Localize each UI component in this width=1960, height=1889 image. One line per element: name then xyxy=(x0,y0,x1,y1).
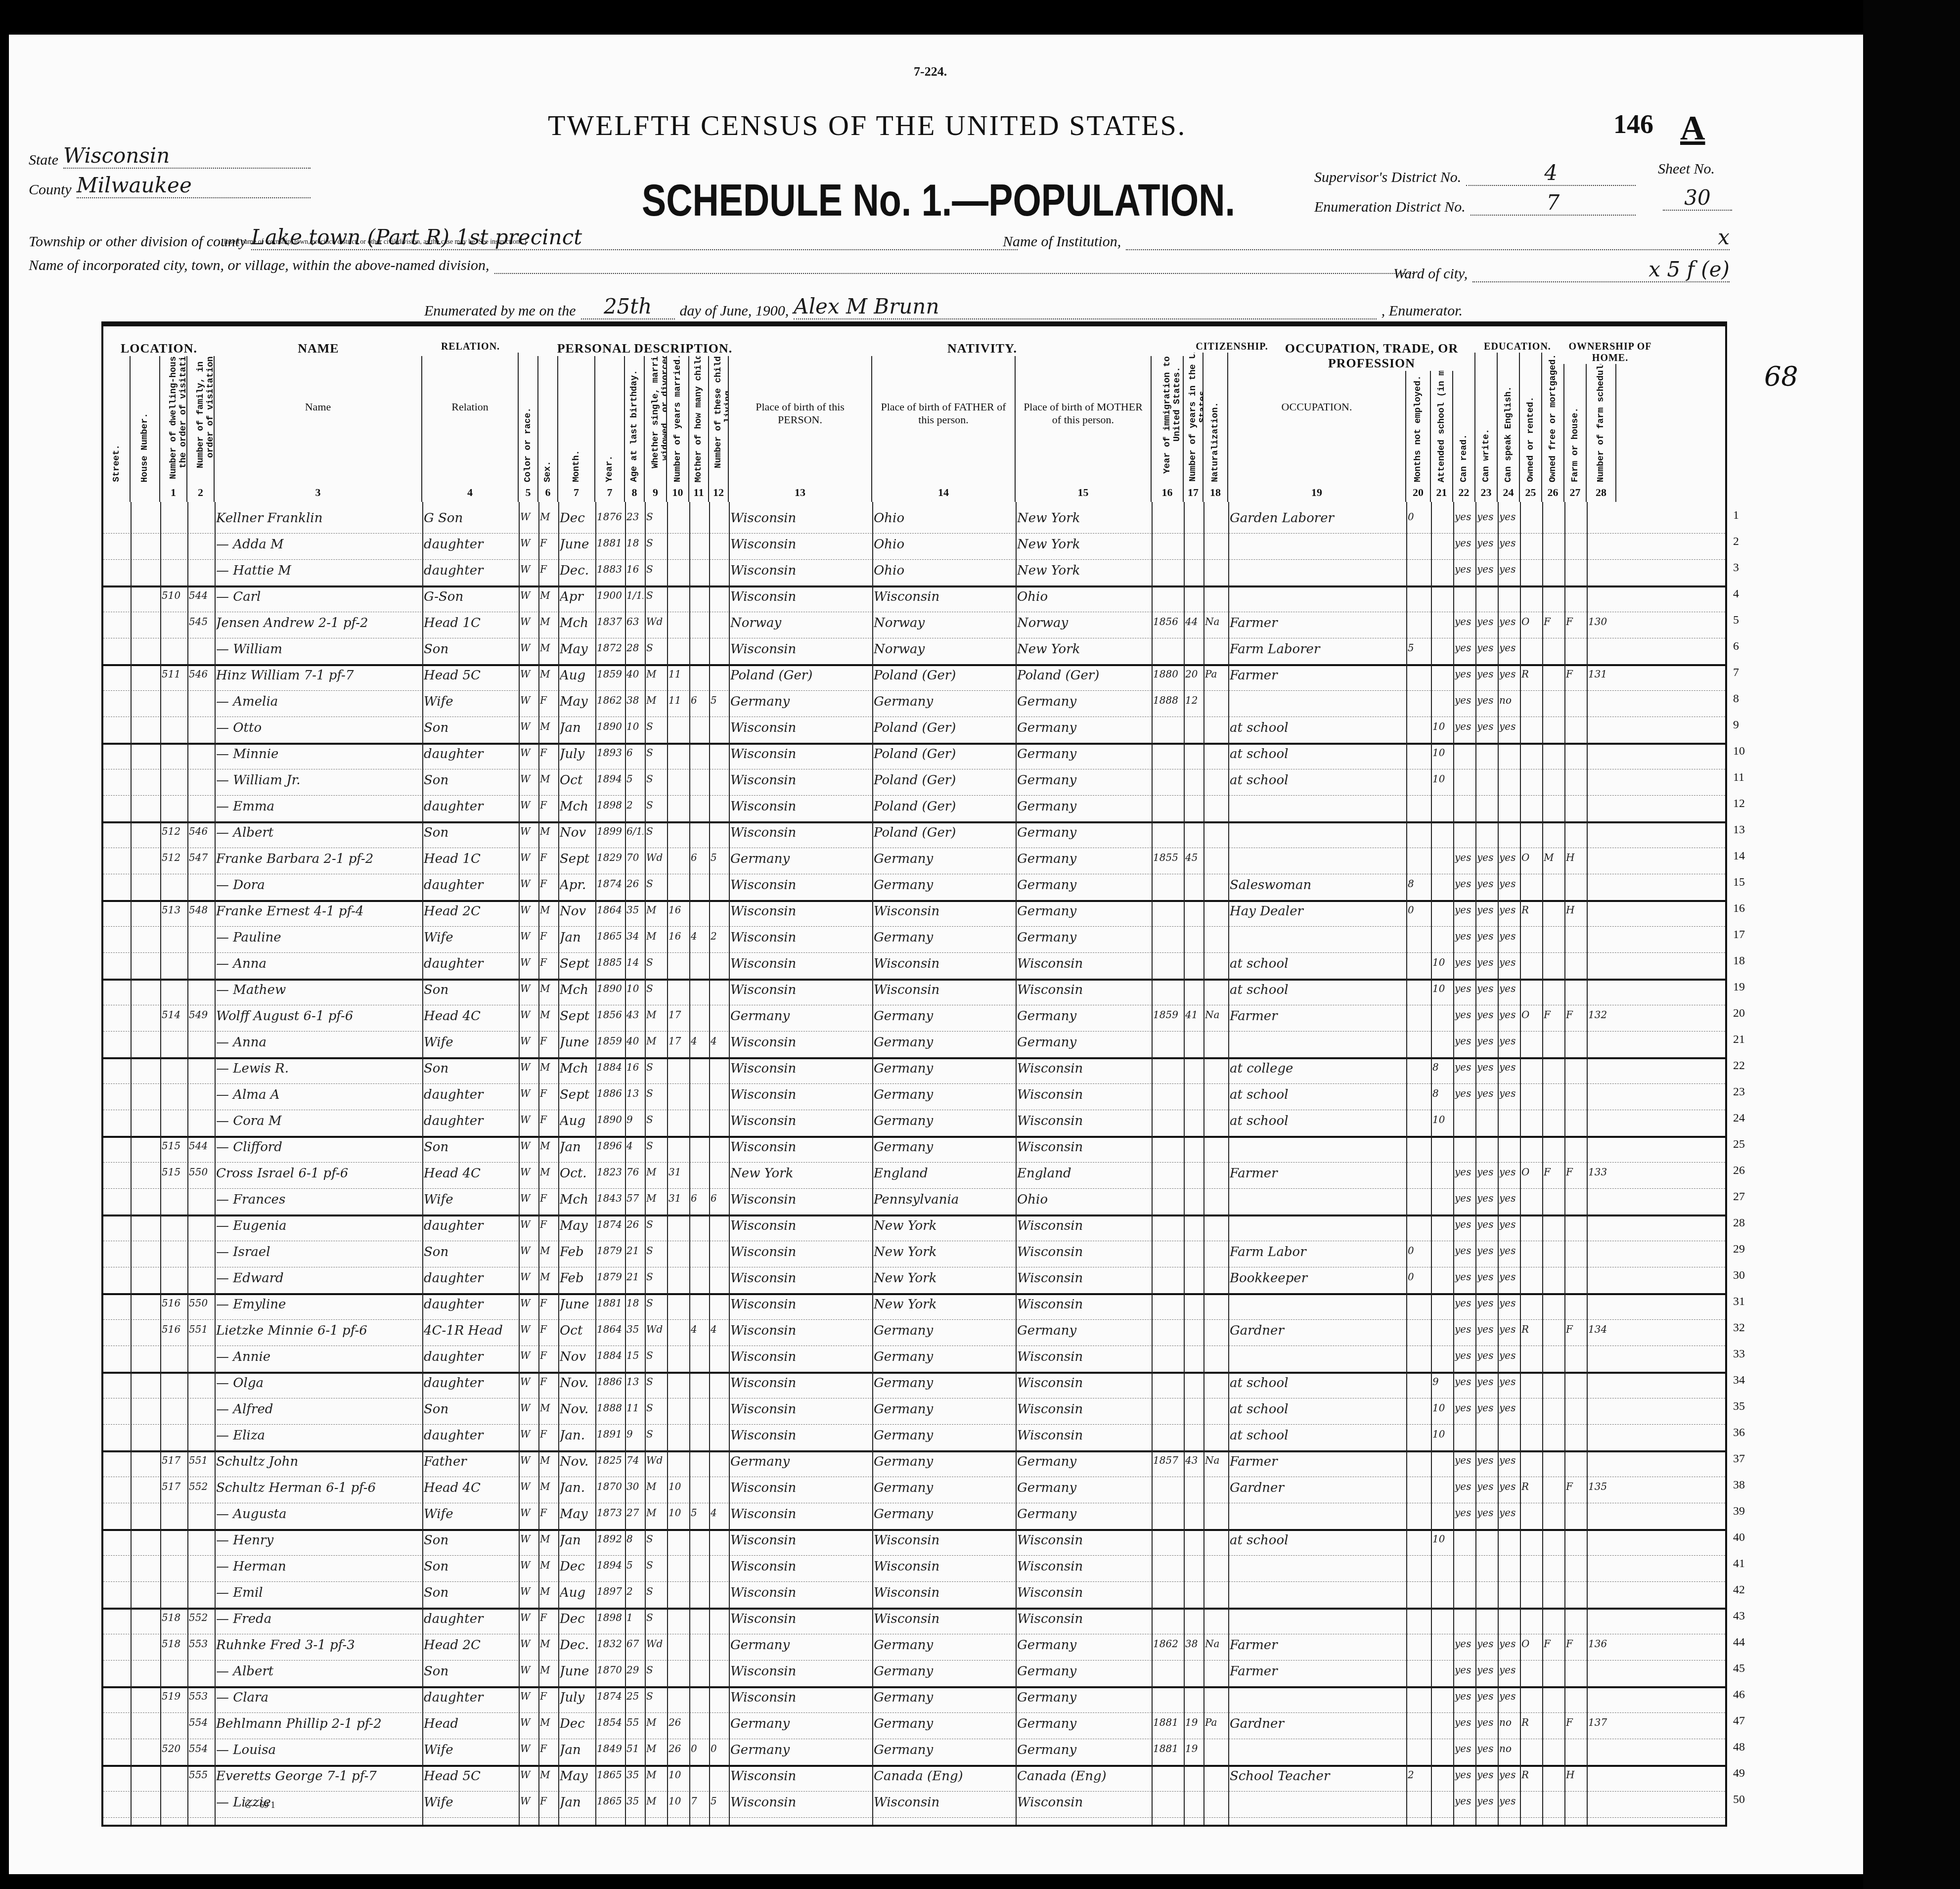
cell-year: 1879 xyxy=(597,1271,624,1283)
cell-sex: M xyxy=(540,616,557,628)
cell-month: Oct. xyxy=(560,1166,594,1181)
cell-read: yes xyxy=(1455,1297,1474,1309)
column-divider xyxy=(667,502,668,1825)
cell-write: yes xyxy=(1477,1349,1496,1361)
cell-relation: daughter xyxy=(424,1428,517,1443)
cell-race: W xyxy=(520,1009,537,1021)
line-number: 4 xyxy=(1733,587,1739,601)
cell-yrs-us: 44 xyxy=(1185,616,1202,628)
cell-name: — Pauline xyxy=(216,930,421,945)
cell-mother-bp: Wisconsin xyxy=(1017,1087,1150,1102)
cell-immig: 1881 xyxy=(1153,1743,1182,1754)
cell-marital: M xyxy=(646,694,666,706)
cell-yrs-married: 11 xyxy=(668,694,688,706)
cell-english: no xyxy=(1499,1743,1518,1754)
cell-read: yes xyxy=(1455,1743,1474,1754)
cell-mother-bp: Germany xyxy=(1017,852,1150,866)
cell-birthplace: Wisconsin xyxy=(730,825,871,840)
cell-mother-bp: Germany xyxy=(1017,1690,1150,1705)
cell-marital: S xyxy=(646,1690,666,1702)
cell-birthplace: Wisconsin xyxy=(730,1690,871,1705)
cell-write: yes xyxy=(1477,1192,1496,1204)
cell-year: 1859 xyxy=(597,668,624,680)
cell-relation: Son xyxy=(424,773,517,788)
cell-marital: S xyxy=(646,1664,666,1676)
cell-write: yes xyxy=(1477,1009,1496,1021)
cell-relation: Head 1C xyxy=(424,852,517,866)
cell-birthplace: Wisconsin xyxy=(730,720,871,735)
cell-english: yes xyxy=(1499,668,1518,680)
cell-write: yes xyxy=(1477,1454,1496,1466)
cell-occupation: Farm Laborer xyxy=(1230,642,1405,657)
cell-father-bp: Germany xyxy=(874,1140,1014,1155)
cell-month: Mch xyxy=(560,799,594,814)
cell-age: 15 xyxy=(626,1349,643,1361)
cell-name: — Emil xyxy=(216,1585,421,1600)
cell-month: Sept xyxy=(560,852,594,866)
cell-name: — Amelia xyxy=(216,694,421,709)
cell-yrs-us: 41 xyxy=(1185,1009,1202,1021)
cell-birthplace: Wisconsin xyxy=(730,930,871,945)
cell-occupation: at college xyxy=(1230,1061,1405,1076)
cell-birthplace: Wisconsin xyxy=(730,537,871,552)
column-number: 28 xyxy=(1587,486,1615,499)
column-group-occupation: OCCUPATION, TRADE, OR PROFESSION xyxy=(1270,326,1473,371)
cell-own: O xyxy=(1521,1166,1541,1178)
cell-occupation: School Teacher xyxy=(1230,1769,1405,1784)
cell-relation: daughter xyxy=(424,1218,517,1233)
column-number: 11 xyxy=(689,486,708,499)
cell-month: Nov. xyxy=(560,1454,594,1469)
cell-year: 1832 xyxy=(597,1638,624,1650)
cell-marital: S xyxy=(646,511,666,523)
column-divider xyxy=(160,502,161,1825)
line-number: 36 xyxy=(1733,1426,1745,1439)
cell-father-bp: Poland (Ger) xyxy=(874,720,1014,735)
cell-read: yes xyxy=(1455,616,1474,628)
enumeration-district-field: Enumeration District No. 7 xyxy=(1314,190,1636,216)
cell-age: 27 xyxy=(626,1507,643,1519)
cell-relation: daughter xyxy=(424,1349,517,1364)
cell-race: W xyxy=(520,1376,537,1388)
cell-relation: Head 4C xyxy=(424,1481,517,1495)
cell-english: yes xyxy=(1499,983,1518,994)
cell-write: yes xyxy=(1477,1087,1496,1099)
line-number: 12 xyxy=(1733,797,1745,810)
cell-name: — Freda xyxy=(216,1612,421,1626)
cell-race: W xyxy=(520,1349,537,1361)
column-header-label: Naturalization. xyxy=(1210,402,1220,482)
table-row: — FrancesWifeWFMch184357M3166WisconsinPe… xyxy=(103,1188,1725,1216)
cell-father-bp: Germany xyxy=(874,1114,1014,1128)
ward-field: Ward of city, x 5 f (e) xyxy=(1393,257,1730,282)
cell-race: W xyxy=(520,1795,537,1807)
cell-yrs-married: 26 xyxy=(668,1716,688,1728)
cell-marital: S xyxy=(646,1140,666,1152)
cell-write: yes xyxy=(1477,511,1496,523)
cell-dwelling: 517 xyxy=(162,1454,186,1466)
township-field: Township or other division of county Lak… xyxy=(29,225,1018,250)
table-row: — AnnaWifeWFJune185940M1744WisconsinGerm… xyxy=(103,1031,1725,1059)
cell-name: Franke Barbara 2-1 pf-2 xyxy=(216,852,421,866)
cell-immig: 1881 xyxy=(1153,1716,1182,1728)
cell-school: 9 xyxy=(1432,1376,1452,1388)
cell-name: — Adda M xyxy=(216,537,421,552)
cell-race: W xyxy=(520,1245,537,1257)
cell-marital: S xyxy=(646,747,666,759)
cell-father-bp: Wisconsin xyxy=(874,1533,1014,1548)
cell-mother-bp: Wisconsin xyxy=(1017,1140,1150,1155)
cell-relation: Son xyxy=(424,1559,517,1574)
cell-read: yes xyxy=(1455,1402,1474,1414)
column-header-label: Sex. xyxy=(543,461,553,482)
cell-race: W xyxy=(520,1769,537,1781)
cell-sex: M xyxy=(540,1061,557,1073)
cell-name: — Minnie xyxy=(216,747,421,762)
cell-birthplace: Wisconsin xyxy=(730,1428,871,1443)
cell-farm-no: 136 xyxy=(1588,1638,1615,1650)
cell-birthplace: Wisconsin xyxy=(730,1533,871,1548)
cell-living: 4 xyxy=(711,1507,727,1519)
cell-birthplace: Wisconsin xyxy=(730,1507,871,1522)
column-number: 17 xyxy=(1184,486,1203,499)
cell-marital: S xyxy=(646,1218,666,1230)
cell-relation: daughter xyxy=(424,799,517,814)
cell-mother-bp: Germany xyxy=(1017,878,1150,893)
cell-father-bp: Germany xyxy=(874,930,1014,945)
cell-english: yes xyxy=(1499,956,1518,968)
cell-birthplace: Wisconsin xyxy=(730,1271,871,1286)
cell-mother-bp: Wisconsin xyxy=(1017,1585,1150,1600)
census-title: TWELFTH CENSUS OF THE UNITED STATES. xyxy=(548,109,1186,142)
cell-free: M xyxy=(1544,852,1563,863)
cell-marital: M xyxy=(646,904,666,916)
cell-natz: Na xyxy=(1205,1638,1227,1650)
table-row: — HermanSonWMDec18945SWisconsinWisconsin… xyxy=(103,1555,1725,1582)
cell-marital: M xyxy=(646,1166,666,1178)
cell-english: yes xyxy=(1499,1218,1518,1230)
cell-living: 4 xyxy=(711,1323,727,1335)
cell-occupation: Farmer xyxy=(1230,1664,1405,1679)
cell-year: 1876 xyxy=(597,511,624,523)
cell-dwelling: 515 xyxy=(162,1166,186,1178)
sheet-label: Sheet No. xyxy=(1658,161,1715,178)
cell-marital: M xyxy=(646,1481,666,1492)
cell-name: Hinz William 7-1 pf-7 xyxy=(216,668,421,683)
township-label: Township or other division of county xyxy=(29,233,246,250)
cell-school: 10 xyxy=(1432,1114,1452,1125)
column-divider xyxy=(1016,502,1017,1825)
cell-age: 18 xyxy=(626,1297,643,1309)
table-row: — ElizadaughterWFJan.18919SWisconsinGerm… xyxy=(103,1424,1725,1452)
cell-english: yes xyxy=(1499,930,1518,942)
cell-month: Aug xyxy=(560,1585,594,1600)
cell-read: yes xyxy=(1455,1376,1474,1388)
cell-write: yes xyxy=(1477,1402,1496,1414)
column-group-education: EDUCATION. xyxy=(1473,326,1562,353)
cell-age: 35 xyxy=(626,1795,643,1807)
cell-birthplace: Wisconsin xyxy=(730,1559,871,1574)
cell-write: yes xyxy=(1477,983,1496,994)
cell-mother-bp: Wisconsin xyxy=(1017,983,1150,997)
cell-marital: S xyxy=(646,642,666,654)
cell-dwelling: 518 xyxy=(162,1612,186,1623)
cell-age: 13 xyxy=(626,1087,643,1099)
cell-occupation: Farmer xyxy=(1230,1009,1405,1024)
cell-month: Dec xyxy=(560,511,594,526)
cell-occupation: at school xyxy=(1230,1402,1405,1417)
table-row: 514549Wolff August 6-1 pf-6Head 4CWMSept… xyxy=(103,1005,1725,1032)
cell-year: 1896 xyxy=(597,1140,624,1152)
cell-month: Dec. xyxy=(560,1638,594,1653)
cell-race: W xyxy=(520,1402,537,1414)
population-table: Street.House Number.Number of dwelling-h… xyxy=(101,321,1727,1827)
column-divider xyxy=(1431,502,1432,1825)
cell-write: yes xyxy=(1477,1061,1496,1073)
cell-marital: S xyxy=(646,537,666,549)
cell-read: yes xyxy=(1455,1664,1474,1676)
cell-farm: F xyxy=(1566,1716,1585,1728)
cell-mother-bp: Germany xyxy=(1017,747,1150,762)
column-number: 23 xyxy=(1475,486,1497,499)
cell-read: yes xyxy=(1455,642,1474,654)
cell-year: 1837 xyxy=(597,616,624,628)
cell-month: Jan xyxy=(560,1140,594,1155)
cell-relation: Head xyxy=(424,1716,517,1731)
cell-mother-bp: Canada (Eng) xyxy=(1017,1769,1150,1784)
table-row: — WilliamSonWMMay187228SWisconsinNorwayN… xyxy=(103,638,1725,666)
cell-own: R xyxy=(1521,1716,1541,1728)
cell-month: Sept xyxy=(560,956,594,971)
cell-relation: Wife xyxy=(424,930,517,945)
cell-mother-bp: New York xyxy=(1017,537,1150,552)
column-group-name: NAME xyxy=(215,326,422,356)
cell-month: Oct xyxy=(560,1323,594,1338)
column-number: 25 xyxy=(1520,486,1541,499)
county-value: Milwaukee xyxy=(77,173,311,198)
cell-school: 8 xyxy=(1432,1061,1452,1073)
table-row: 517552Schultz Herman 6-1 pf-6Head 4CWMJa… xyxy=(103,1477,1725,1503)
cell-month: Jan. xyxy=(560,1481,594,1495)
cell-race: W xyxy=(520,694,537,706)
cell-birthplace: Germany xyxy=(730,1716,871,1731)
table-row: 518552— FredadaughterWFDec18981SWisconsi… xyxy=(103,1608,1725,1634)
cell-year: 1864 xyxy=(597,904,624,916)
footer-code: C—69 1 xyxy=(245,1800,275,1810)
cell-mother-bp: Wisconsin xyxy=(1017,1402,1150,1417)
table-row: — EdwarddaughterWMFeb187921SWisconsinNew… xyxy=(103,1267,1725,1295)
column-divider xyxy=(1203,502,1204,1825)
cell-birthplace: Wisconsin xyxy=(730,1769,871,1784)
cell-english: yes xyxy=(1499,1061,1518,1073)
table-row: — Adda MdaughterWFJune188118SWisconsinOh… xyxy=(103,533,1725,560)
cell-english: yes xyxy=(1499,852,1518,863)
cell-yrs-married: 26 xyxy=(668,1743,688,1754)
cell-mother-bp: Norway xyxy=(1017,616,1150,630)
cell-read: yes xyxy=(1455,1638,1474,1650)
cell-immig: 1880 xyxy=(1153,668,1182,680)
cell-year: 1870 xyxy=(597,1481,624,1492)
cell-father-bp: Germany xyxy=(874,1428,1014,1443)
cell-mother-of: 0 xyxy=(691,1743,708,1754)
cell-yrs-married: 17 xyxy=(668,1009,688,1021)
line-number: 47 xyxy=(1733,1714,1745,1728)
cell-father-bp: Germany xyxy=(874,1507,1014,1522)
cell-month: Dec. xyxy=(560,563,594,578)
cell-mother-bp: Wisconsin xyxy=(1017,1376,1150,1391)
line-number: 27 xyxy=(1733,1190,1745,1204)
cell-name: — Otto xyxy=(216,720,421,735)
cell-farm: H xyxy=(1566,852,1585,863)
cell-birthplace: Wisconsin xyxy=(730,1323,871,1338)
cell-name: — Edward xyxy=(216,1271,421,1286)
cell-age: 4 xyxy=(626,1140,643,1152)
cell-yrs-married: 17 xyxy=(668,1035,688,1047)
cell-write: yes xyxy=(1477,1035,1496,1047)
cell-occupation: Gardner xyxy=(1230,1323,1405,1338)
cell-relation: G Son xyxy=(424,511,517,526)
line-number: 19 xyxy=(1733,981,1745,994)
cell-month: Jan xyxy=(560,1795,594,1810)
cell-write: yes xyxy=(1477,1664,1496,1676)
cell-name: — William Jr. xyxy=(216,773,421,788)
cell-year: 1890 xyxy=(597,720,624,732)
cell-mother-bp: Germany xyxy=(1017,1035,1150,1050)
cell-birthplace: Wisconsin xyxy=(730,642,871,657)
cell-write: yes xyxy=(1477,1245,1496,1257)
column-divider xyxy=(689,502,690,1825)
cell-school: 10 xyxy=(1432,773,1452,785)
cell-sex: M xyxy=(540,1585,557,1597)
column-number: 19 xyxy=(1228,486,1405,499)
table-row: — IsraelSonWMFeb187921SWisconsinNew York… xyxy=(103,1241,1725,1267)
cell-sex: F xyxy=(540,1612,557,1623)
cell-age: 35 xyxy=(626,904,643,916)
cell-free: F xyxy=(1544,1166,1563,1178)
cell-yrs-us: 20 xyxy=(1185,668,1202,680)
cell-name: Everetts George 7-1 pf-7 xyxy=(216,1769,421,1784)
cell-read: yes xyxy=(1455,668,1474,680)
cell-relation: daughter xyxy=(424,1271,517,1286)
cell-month: Mch xyxy=(560,1192,594,1207)
cell-english: yes xyxy=(1499,1376,1518,1388)
cell-birthplace: Wisconsin xyxy=(730,1795,871,1810)
supervisor-district: 4 xyxy=(1466,161,1636,186)
line-number: 50 xyxy=(1733,1793,1745,1806)
cell-natz: Pa xyxy=(1205,1716,1227,1728)
cell-month: Feb xyxy=(560,1245,594,1259)
cell-relation: daughter xyxy=(424,1297,517,1312)
cell-age: 2 xyxy=(626,1585,643,1597)
cell-english: yes xyxy=(1499,1664,1518,1676)
cell-occupation: at school xyxy=(1230,956,1405,971)
cell-father-bp: Germany xyxy=(874,1376,1014,1391)
column-divider xyxy=(1564,502,1565,1825)
column-divider xyxy=(1228,502,1229,1825)
cell-sex: M xyxy=(540,1166,557,1178)
cell-sex: M xyxy=(540,1009,557,1021)
cell-age: 14 xyxy=(626,956,643,968)
cell-marital: M xyxy=(646,1192,666,1204)
cell-name: — Clifford xyxy=(216,1140,421,1155)
cell-year: 1849 xyxy=(597,1743,624,1754)
cell-sex: F xyxy=(540,694,557,706)
cell-immig: 1857 xyxy=(1153,1454,1182,1466)
cell-dwelling: 520 xyxy=(162,1743,186,1754)
column-divider xyxy=(645,502,646,1825)
cell-birthplace: Wisconsin xyxy=(730,1402,871,1417)
cell-birthplace: New York xyxy=(730,1166,871,1181)
table-row: — MathewSonWMMch189010SWisconsinWisconsi… xyxy=(103,979,1725,1005)
table-row: — OttoSonWMJan189010SWisconsinPoland (Ge… xyxy=(103,717,1725,745)
cell-age: 67 xyxy=(626,1638,643,1650)
cell-natz: Na xyxy=(1205,616,1227,628)
cell-family: 546 xyxy=(189,825,213,837)
cell-farm-no: 137 xyxy=(1588,1716,1615,1728)
cell-read: yes xyxy=(1455,1481,1474,1492)
cell-family: 553 xyxy=(189,1690,213,1702)
cell-year: 1894 xyxy=(597,773,624,785)
cell-age: 43 xyxy=(626,1009,643,1021)
cell-sex: F xyxy=(540,930,557,942)
cell-read: yes xyxy=(1455,694,1474,706)
cell-month: Feb xyxy=(560,1271,594,1286)
cell-marital: S xyxy=(646,1585,666,1597)
cell-mother-of: 7 xyxy=(691,1795,708,1807)
line-number: 26 xyxy=(1733,1164,1745,1177)
cell-marital: S xyxy=(646,1245,666,1257)
cell-english: yes xyxy=(1499,1769,1518,1781)
cell-birthplace: Wisconsin xyxy=(730,1192,871,1207)
cell-own: R xyxy=(1521,1323,1541,1335)
cell-mother-bp: Germany xyxy=(1017,930,1150,945)
cell-year: 1870 xyxy=(597,1664,624,1676)
cell-race: W xyxy=(520,1664,537,1676)
cell-race: W xyxy=(520,852,537,863)
cell-name: — Carl xyxy=(216,589,421,604)
column-divider xyxy=(538,502,539,1825)
cell-relation: Head 4C xyxy=(424,1009,517,1024)
cell-english: yes xyxy=(1499,1690,1518,1702)
cell-father-bp: Ohio xyxy=(874,537,1014,552)
cell-sex: F xyxy=(540,1323,557,1335)
cell-name: — Dora xyxy=(216,878,421,893)
column-number: 21 xyxy=(1431,486,1452,499)
cell-age: 9 xyxy=(626,1114,643,1125)
cell-read: yes xyxy=(1455,904,1474,916)
cell-english: yes xyxy=(1499,1192,1518,1204)
cell-school: 10 xyxy=(1432,1533,1452,1545)
cell-occupation: Hay Dealer xyxy=(1230,904,1405,919)
cell-unemp: 2 xyxy=(1408,1769,1429,1781)
table-row: — Hattie MdaughterWFDec.188316SWisconsin… xyxy=(103,559,1725,587)
cell-race: W xyxy=(520,1585,537,1597)
cell-name: — Lewis R. xyxy=(216,1061,421,1076)
cell-living: 2 xyxy=(711,930,727,942)
cell-read: yes xyxy=(1455,563,1474,575)
column-header-label: Number of years married. xyxy=(673,354,683,482)
table-row: — William Jr.SonWMOct18945SWisconsinPola… xyxy=(103,769,1725,796)
column-group-personal: PERSONAL DESCRIPTION. xyxy=(519,326,771,356)
cell-relation: daughter xyxy=(424,1087,517,1102)
cell-name: — Hattie M xyxy=(216,563,421,578)
cell-mother-bp: Wisconsin xyxy=(1017,1795,1150,1810)
cell-write: yes xyxy=(1477,956,1496,968)
cell-father-bp: Germany xyxy=(874,1035,1014,1050)
column-number: 26 xyxy=(1542,486,1563,499)
cell-sex: F xyxy=(540,537,557,549)
table-row: — AnniedaughterWFNov188415SWisconsinGerm… xyxy=(103,1346,1725,1374)
